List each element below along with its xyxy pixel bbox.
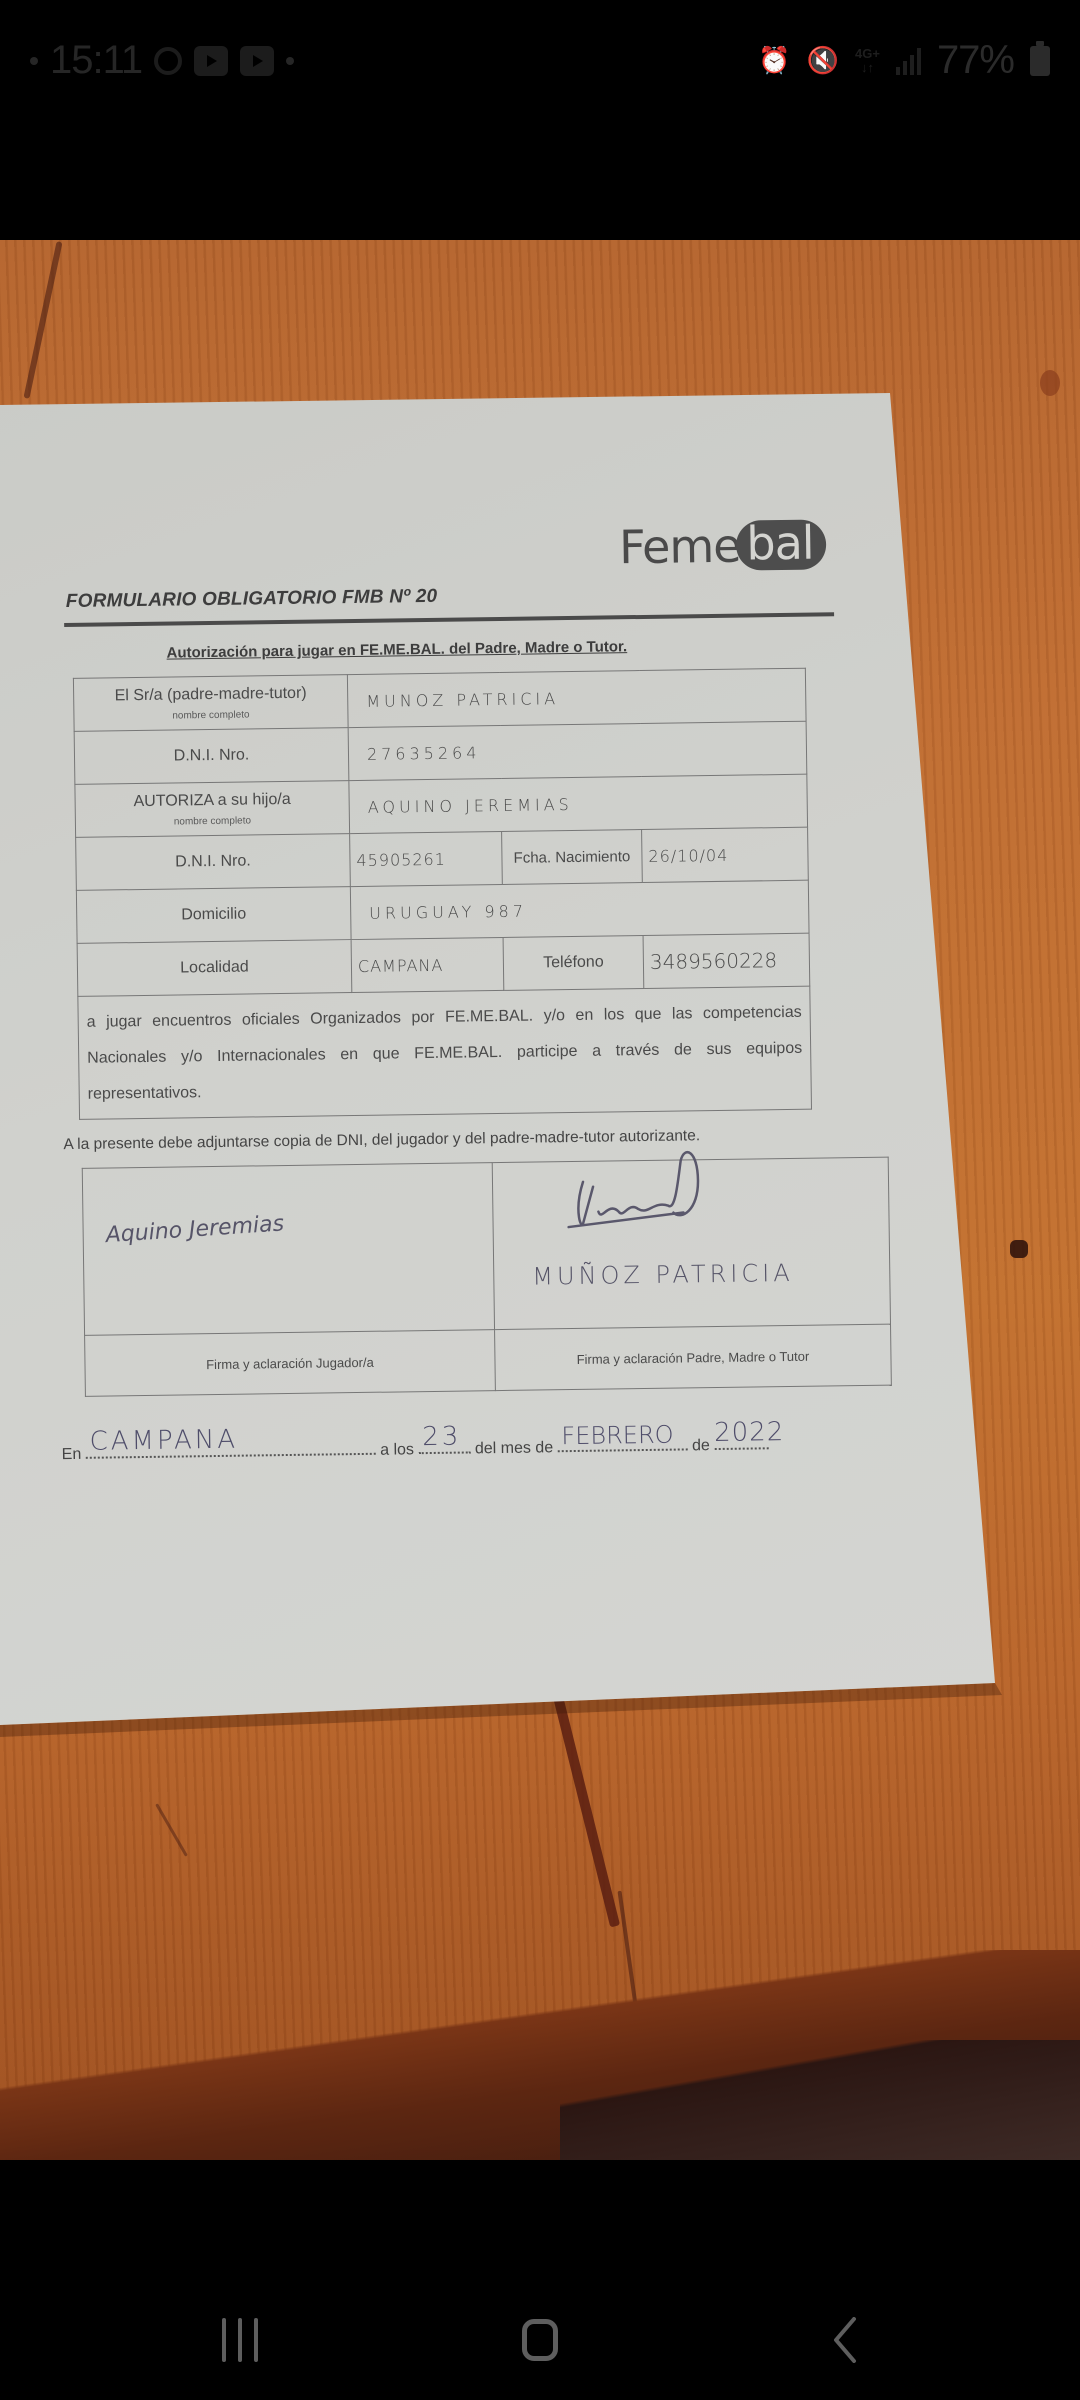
day-field: 23 — [418, 1433, 470, 1454]
sublabel-text: nombre completo — [76, 814, 349, 829]
recent-apps-icon — [222, 2318, 226, 2362]
alarm-icon: ⏰ — [758, 45, 790, 76]
recent-apps-icon — [238, 2318, 242, 2362]
wood-knot — [1040, 370, 1060, 396]
wood-knot — [1010, 1240, 1028, 1258]
guardian-dni-label: D.N.I. Nro. — [74, 728, 349, 785]
year-field: 2022 — [714, 1429, 768, 1450]
guardian-name-value: MUNOZ PATRICIA — [347, 668, 806, 727]
status-left: 15:11 — [30, 38, 294, 83]
check-circle-icon — [154, 47, 182, 75]
status-right: ⏰ 🔇 4G+↓↑ 77% — [758, 38, 1050, 83]
phone-value: 3489560228 — [643, 933, 810, 988]
child-dni-label: D.N.I. Nro. — [76, 834, 351, 891]
recent-apps-button[interactable] — [215, 2315, 265, 2365]
child-dni-value: 45905261 — [350, 831, 503, 886]
back-icon — [830, 2317, 860, 2363]
paper-sheet: Femebal FORMULARIO OBLIGATORIO FMB Nº 20… — [0, 240, 1080, 2160]
place-value: CAMPANA — [89, 1425, 238, 1457]
month-value: FEBRERO — [561, 1421, 673, 1451]
signal-icon — [896, 47, 921, 75]
mute-vibrate-icon: 🔇 — [807, 45, 839, 76]
month-field: FEBRERO — [557, 1430, 687, 1452]
wood-grain — [155, 1803, 188, 1856]
signature-table: Aquino Jeremias MUÑOZ PATRICIA Firma y a… — [82, 1157, 892, 1397]
address-label: Domicilio — [76, 887, 351, 944]
month-label: del mes de — [475, 1439, 553, 1457]
form-title: FORMULARIO OBLIGATORIO FMB Nº 20 — [66, 586, 438, 613]
logo-text: Feme — [619, 519, 741, 575]
battery-icon — [1030, 46, 1050, 76]
dot-icon — [30, 57, 38, 65]
city-value: CAMPANA — [351, 937, 504, 992]
player-signature-box: Aquino Jeremias — [82, 1163, 494, 1336]
table-row: Firma y aclaración Jugador/a Firma y acl… — [85, 1324, 892, 1396]
day-label: a los — [380, 1441, 414, 1458]
floor-shadow — [560, 2040, 1080, 2160]
year-label: de — [692, 1437, 710, 1454]
birth-date-label: Fcha. Nacimiento — [502, 830, 643, 885]
guardian-signature-scribble — [562, 1140, 744, 1263]
guardian-caption: Firma y aclaración Padre, Madre o Tutor — [495, 1324, 892, 1391]
dot-icon — [286, 57, 294, 65]
day-value: 23 — [422, 1422, 462, 1453]
phone-label: Teléfono — [503, 935, 644, 990]
date-line: En CAMPANA a los 23 del mes de FEBRERO d… — [62, 1429, 769, 1464]
year-value: 2022 — [714, 1417, 785, 1448]
birth-date-value: 26/10/04 — [642, 827, 809, 882]
navigation-bar — [0, 2160, 1080, 2400]
player-signature: Aquino Jeremias — [105, 1211, 285, 1248]
guardian-dni-value: 27635264 — [348, 721, 807, 780]
guardian-signature-box: MUÑOZ PATRICIA — [492, 1157, 890, 1330]
address-value: URUGUAY 987 — [350, 880, 809, 939]
table-row: a jugar encuentros oficiales Organizados… — [78, 986, 812, 1119]
wood-grain — [550, 1683, 620, 1928]
status-bar: 15:11 ⏰ 🔇 4G+↓↑ 77% — [0, 0, 1080, 240]
authorization-text: a jugar encuentros oficiales Organizados… — [78, 986, 812, 1119]
title-divider — [64, 612, 834, 627]
youtube-icon — [240, 46, 274, 76]
table-row: Aquino Jeremias MUÑOZ PATRICIA — [82, 1157, 890, 1335]
recent-apps-icon — [254, 2318, 258, 2362]
date-prefix: En — [62, 1446, 82, 1463]
form-subtitle: Autorización para jugar en FE.ME.BAL. de… — [166, 638, 627, 661]
wood-grain — [23, 241, 62, 399]
guardian-clarification: MUÑOZ PATRICIA — [532, 1259, 794, 1291]
label-text: El Sr/a (padre-madre-tutor) — [115, 684, 307, 704]
child-name-value: AQUINO JEREMIAS — [349, 774, 808, 833]
player-caption: Firma y aclaración Jugador/a — [85, 1330, 496, 1397]
network-label: 4G+ — [855, 46, 880, 61]
logo-badge: bal — [736, 519, 826, 570]
guardian-label: El Sr/a (padre-madre-tutor)nombre comple… — [73, 675, 348, 732]
document: Femebal FORMULARIO OBLIGATORIO FMB Nº 20… — [0, 240, 1080, 2160]
femebal-logo: Femebal — [619, 517, 826, 574]
city-label: Localidad — [77, 940, 352, 997]
sublabel-text: nombre completo — [74, 708, 347, 723]
back-button[interactable] — [820, 2315, 870, 2365]
youtube-icon — [194, 46, 228, 76]
clock: 15:11 — [50, 38, 142, 83]
label-text: AUTORIZA a su hijo/a — [133, 790, 290, 809]
network-4g-plus-icon: 4G+↓↑ — [855, 47, 880, 75]
child-label: AUTORIZA a su hijo/anombre completo — [75, 781, 350, 838]
battery-percent: 77% — [937, 38, 1014, 83]
photo-viewer[interactable]: Femebal FORMULARIO OBLIGATORIO FMB Nº 20… — [0, 240, 1080, 2160]
place-field: CAMPANA — [86, 1435, 376, 1459]
home-button[interactable] — [515, 2315, 565, 2365]
home-icon — [522, 2319, 558, 2361]
authorization-table: El Sr/a (padre-madre-tutor)nombre comple… — [73, 668, 812, 1120]
